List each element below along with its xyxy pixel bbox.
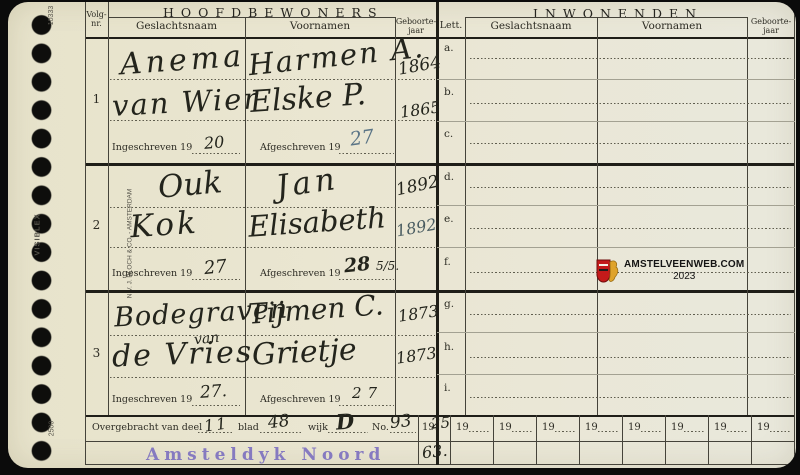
letter-row-e: e. <box>444 213 454 225</box>
grid-line <box>470 143 791 144</box>
grid-line <box>108 2 109 415</box>
grid-line <box>470 228 791 229</box>
ingeschreven-value-1: 20 <box>203 134 225 152</box>
year-cell-7: 19 <box>714 422 727 433</box>
amstelveen-crest-icon <box>596 259 620 287</box>
grid-line <box>110 377 435 378</box>
grid-line <box>751 415 752 465</box>
ingeschreven-label-2: Ingeschreven 19 <box>112 268 192 279</box>
year-cell-8: 19 <box>757 422 770 433</box>
grid-line <box>85 37 795 39</box>
year-cell-1: 19 <box>456 422 469 433</box>
grid-line <box>339 279 394 280</box>
letter-row-c: c. <box>444 128 453 140</box>
blad-label: blad <box>238 422 259 433</box>
entry-2-voornamen-2: Elisabeth <box>247 203 387 242</box>
letter-row-d: d. <box>444 171 454 183</box>
grid-line <box>598 431 619 432</box>
letter-row-f: f. <box>444 256 451 268</box>
letter-row-h: h. <box>444 341 454 353</box>
letter-row-a: a. <box>444 42 454 54</box>
inwonenden-title: INWONENDEN <box>533 6 703 21</box>
wijk-label: wijk <box>308 422 328 433</box>
deel-value: 11 <box>203 415 229 434</box>
grid-line <box>450 415 451 465</box>
scan-background: 10333 VISIBLEX N.V. J. BLOCH & CO. - AMS… <box>0 0 800 475</box>
grid-line <box>339 405 394 406</box>
grid-line <box>512 431 533 432</box>
grid-line <box>437 374 795 375</box>
afgeschreven-value-1: 27 <box>349 127 376 149</box>
entry-1-geslachtsnaam-2: van Wier <box>111 84 259 121</box>
entry-3-jaar-2: 1873 <box>395 345 438 367</box>
letter-row-b: b. <box>444 86 454 98</box>
afgeschreven-label-3: Afgeschreven 19 <box>260 394 341 405</box>
serial-imprint: 10333 <box>48 6 55 25</box>
grid-line <box>641 431 662 432</box>
grid-line <box>470 187 791 188</box>
grid-line <box>555 431 576 432</box>
stock-imprint: 2500 <box>48 421 55 437</box>
afgeschreven-value-3: 27 <box>352 386 383 401</box>
watermark: AMSTELVEENWEB.COM 2023 <box>596 259 744 287</box>
entry-3-geslachtsnaam-2: de Vries <box>112 338 254 373</box>
grid-line <box>794 2 795 465</box>
grid-line <box>465 17 466 415</box>
grid-line <box>85 163 795 166</box>
grid-line <box>684 431 705 432</box>
col-geboortejaar-right: Geboorte-jaar <box>747 18 795 35</box>
grid-line <box>493 415 494 465</box>
grid-line <box>465 17 747 18</box>
grid-line <box>85 2 86 465</box>
col-volgnr: Volg-nr. <box>85 11 108 28</box>
grid-line <box>85 290 795 293</box>
year-cell-value: 25 <box>431 415 451 431</box>
grid-line <box>469 431 490 432</box>
grid-line <box>110 247 435 248</box>
entry-3-voornamen-2: Grietje <box>251 335 357 370</box>
afgeschreven-label-2: Afgeschreven 19 <box>260 268 341 279</box>
col-voornamen-left: Voornamen <box>245 20 395 32</box>
year-cell-4: 19 <box>585 422 598 433</box>
col-voornamen-right: Voornamen <box>597 20 747 32</box>
brand-imprint: VISIBLEX <box>33 213 42 255</box>
grid-line <box>192 279 240 280</box>
grid-line <box>437 121 795 122</box>
afgeschreven-note-2: 5/5. <box>376 260 399 272</box>
grid-line <box>437 332 795 333</box>
volgnr-1: 1 <box>85 92 108 106</box>
grid-line <box>470 397 791 398</box>
watermark-text: AMSTELVEENWEB.COM 2023 <box>624 259 744 282</box>
entry-2-geslachtsnaam-1: Ouk <box>157 167 224 203</box>
grid-line <box>470 58 791 59</box>
register-card: 10333 VISIBLEX N.V. J. BLOCH & CO. - AMS… <box>8 2 796 468</box>
overgebracht-label: Overgebracht van deel <box>92 422 202 433</box>
grid-line <box>622 415 623 465</box>
entry-1-geslachtsnaam-1: Anema <box>119 42 246 81</box>
year-cell-2: 19 <box>499 422 512 433</box>
grid-line <box>470 357 791 358</box>
afgeschreven-label-1: Afgeschreven 19 <box>260 142 341 153</box>
grid-line <box>192 405 240 406</box>
volgnr-3: 3 <box>85 346 108 360</box>
watermark-year: 2023 <box>624 271 744 282</box>
no-value: 93 <box>389 413 412 432</box>
ingeschreven-value-2: 27 <box>203 258 228 278</box>
grid-line <box>437 247 795 248</box>
entry-2-geslachtsnaam-2: Kok <box>129 208 200 244</box>
grid-line <box>437 79 795 80</box>
col-geslachtsnaam-left: Geslachtsnaam <box>108 20 245 32</box>
grid-line <box>470 314 791 315</box>
blad-value: 48 <box>267 413 290 432</box>
street-stamp: Amsteldyk Noord <box>146 445 385 465</box>
grid-line <box>108 17 395 18</box>
col-geslachtsnaam-right: Geslachtsnaam <box>465 20 597 32</box>
entry-2-voornamen-1: Jan <box>274 164 341 203</box>
col-lett: Lett. <box>437 20 465 31</box>
no-label: No. <box>372 422 389 433</box>
volgnr-2: 2 <box>85 218 108 232</box>
year-cell-6: 19 <box>671 422 684 433</box>
grid-line <box>727 431 748 432</box>
grid-line <box>536 415 537 465</box>
entry-3-voornamen-1: Tijmen C. <box>247 291 384 328</box>
ingeschreven-label-1: Ingeschreven 19 <box>112 142 192 153</box>
year-cell-5: 19 <box>628 422 641 433</box>
grid-line <box>597 17 598 415</box>
entry-2-jaar-2: 1892 <box>395 217 438 240</box>
grid-line <box>747 17 748 415</box>
entry-3-jaar-1: 1873 <box>397 303 440 325</box>
grid-line <box>665 415 666 465</box>
grid-line <box>260 432 302 433</box>
grid-line <box>708 415 709 465</box>
grid-line <box>192 153 240 154</box>
year-cell-3: 19 <box>542 422 555 433</box>
house-number-value: 63. <box>421 443 448 462</box>
ingeschreven-value-3: 27. <box>199 383 227 402</box>
afgeschreven-value-2: 28 <box>343 255 371 277</box>
watermark-site: AMSTELVEENWEB.COM <box>624 259 744 270</box>
entry-1-voornamen-2: Elske P. <box>249 80 367 118</box>
ingeschreven-label-3: Ingeschreven 19 <box>112 394 192 405</box>
letter-row-g: g. <box>444 298 454 310</box>
wijk-value: D <box>335 410 355 432</box>
letter-row-i: i. <box>444 382 451 394</box>
grid-line <box>437 205 795 206</box>
grid-line <box>579 415 580 465</box>
grid-line <box>418 415 419 465</box>
grid-line <box>339 153 394 154</box>
grid-line <box>770 431 791 432</box>
grid-line <box>470 103 791 104</box>
entry-2-jaar-1: 1892 <box>395 174 441 200</box>
